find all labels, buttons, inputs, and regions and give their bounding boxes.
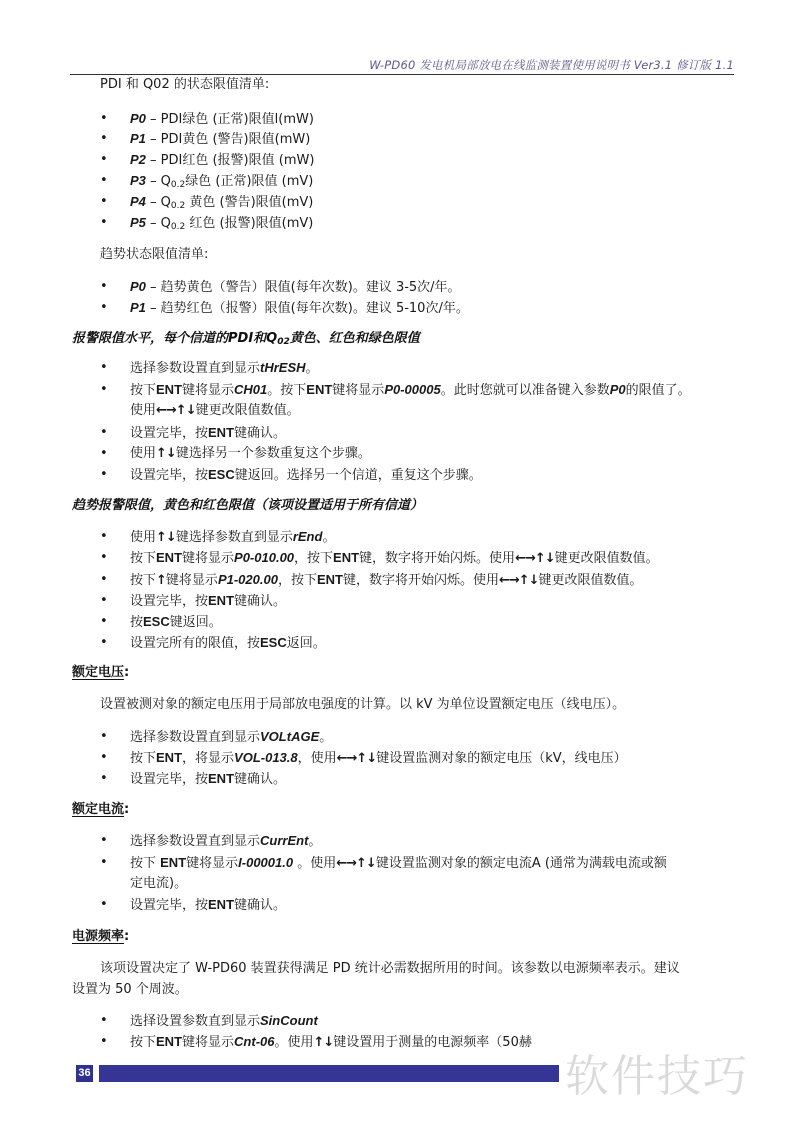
bullet: • <box>100 529 108 545</box>
param-key: P0 <box>130 279 146 294</box>
bullet: • <box>100 279 108 295</box>
display-code: VOL-013.8 <box>234 750 298 765</box>
bullet: • <box>100 382 108 398</box>
item-text: 。 <box>322 530 335 545</box>
bullet: • <box>100 360 108 376</box>
footer-bar <box>99 1065 559 1082</box>
item-text: 绿色 (正常)限值 (mV) <box>185 174 313 189</box>
heading-subscript: 02 <box>277 337 290 347</box>
q-subscript: 0.2 <box>171 180 185 190</box>
item-text: 键确认。 <box>234 594 286 609</box>
display-code: rEnd <box>293 529 323 544</box>
item-text: 使用 <box>130 403 156 418</box>
item-text: 键将显示 <box>332 383 384 398</box>
separator: – <box>146 216 161 231</box>
arrow-keys-icon: ↑↓ <box>156 446 176 461</box>
separator: – <box>146 174 161 189</box>
param-key: P5 <box>130 215 146 230</box>
param-key: P0 <box>130 111 146 126</box>
heading-colon: : <box>124 802 129 818</box>
key-esc: ESC <box>260 635 287 650</box>
item-text: 。按下 <box>267 383 306 398</box>
item-text: 按下 <box>130 383 156 398</box>
item-text: 使用 <box>130 446 156 461</box>
item-text: ，按下 <box>294 551 333 566</box>
item-text: 键将显示 <box>182 383 234 398</box>
key-ent: ENT <box>306 382 332 397</box>
item-text: 键更改限值数值。 <box>555 551 659 566</box>
key-ent: ENT <box>333 550 359 565</box>
item-text: 。使用 <box>293 856 336 871</box>
q-symbol: Q <box>161 174 171 189</box>
display-code: VOLtAGE <box>260 729 319 744</box>
bullet: • <box>100 572 108 588</box>
list-item: P0 – PDI绿色 (正常)限值l(mW) <box>130 111 314 128</box>
bullet: • <box>100 173 108 189</box>
display-code: P0-00005 <box>384 382 440 397</box>
key-ent: ENT <box>208 425 234 440</box>
list-item: 选择参数设置直到显示CurrEnt。 <box>130 833 321 850</box>
display-code: P0-010.00 <box>234 550 294 565</box>
heading-colon: : <box>124 929 129 945</box>
item-text: 按下 <box>130 551 156 566</box>
key-ent: ENT <box>208 593 234 608</box>
item-text: 使用 <box>130 530 156 545</box>
bullet: • <box>100 550 108 566</box>
bullet: • <box>100 614 108 630</box>
bullet: • <box>100 215 108 231</box>
item-text: ，将显示 <box>182 751 234 766</box>
arrow-keys-icon: ←→↑↓ <box>156 403 196 418</box>
pdi-q02-intro: PDI 和 Q02 的状态限值清单: <box>100 77 269 93</box>
bullet: • <box>100 855 108 871</box>
display-code: Cnt-06 <box>234 1034 274 1049</box>
heading-text: 报警限值水平，每个信道的PDI和Q <box>72 331 277 346</box>
list-item: 按下 ENT键将显示I-00001.0 。使用←→↑↓键设置监测对象的额定电流A… <box>130 855 667 872</box>
item-text: 键选择参数直到显示 <box>176 530 293 545</box>
rated-voltage-intro: 设置被测对象的额定电压用于局部放电强度的计算。以 kV 为单位设置额定电压（线电… <box>100 697 625 713</box>
key-ent: ENT <box>156 382 182 397</box>
trend-alarm-heading: 趋势报警限值，黄色和红色限值（该项设置适用于所有信道） <box>72 498 423 514</box>
item-text: 键设置监测对象的额定电压（kV，线电压） <box>376 751 626 766</box>
list-item: 按下ENT键将显示Cnt-06。使用↑↓键设置用于测量的电源频率（50赫 <box>130 1034 565 1051</box>
item-text: 。此时您就可以准备键入参数 <box>441 383 610 398</box>
param-key: P1 <box>130 131 146 146</box>
arrow-keys-icon: ↑↓ <box>314 1035 334 1050</box>
list-item: 选择参数设置直到显示tHrESH。 <box>130 360 319 377</box>
arrow-up-icon: ↑ <box>156 573 166 588</box>
item-text: 趋势红色（报警）限值(每年次数)。建议 5-10次/年。 <box>161 301 469 316</box>
bullet: • <box>100 152 108 168</box>
bullet: • <box>100 194 108 210</box>
key-esc: ESC <box>143 614 170 629</box>
item-text: 键将显示 <box>186 856 238 871</box>
list-item: 按下ENT键将显示CH01。按下ENT键将显示P0-00005。此时您就可以准备… <box>130 382 691 399</box>
item-text: 选择设置参数直到显示 <box>130 1014 260 1029</box>
separator: – <box>146 112 161 127</box>
key-ent: ENT <box>208 771 234 786</box>
heading-text: 电源频率 <box>72 929 124 944</box>
list-item: 选择设置参数直到显示SinCount <box>130 1013 318 1030</box>
item-text: 选择参数设置直到显示 <box>130 361 260 376</box>
item-text: 键确认。 <box>234 426 286 441</box>
list-item: 设置完毕，按ENT键确认。 <box>130 593 286 610</box>
bullet: • <box>100 593 108 609</box>
bullet: • <box>100 467 108 483</box>
param-key: P4 <box>130 194 146 209</box>
bullet: • <box>100 1034 108 1050</box>
item-text: 按下 <box>130 573 156 588</box>
bullet: • <box>100 1013 108 1029</box>
item-text: 键更改限值数值。 <box>196 403 300 418</box>
arrow-keys-icon: ←→↑↓ <box>337 751 377 766</box>
item-text: 键设置用于测量的电源频率（50赫 <box>333 1035 532 1050</box>
item-text: ，使用 <box>298 751 337 766</box>
list-item: 按ESC键返回。 <box>130 614 222 631</box>
param-key: P3 <box>130 173 146 188</box>
item-text: 黄色 (警告)限值(mV) <box>185 195 313 210</box>
item-text: 的限值了。 <box>626 383 691 398</box>
key-esc: ESC <box>208 467 235 482</box>
item-text: 。 <box>306 361 319 376</box>
param-key: P2 <box>130 152 146 167</box>
heading-text: 额定电压 <box>72 665 124 680</box>
bullet: • <box>100 446 108 462</box>
q-symbol: Q <box>161 195 171 210</box>
item-text: 按下 <box>130 751 156 766</box>
item-text: 键将显示 <box>166 573 218 588</box>
header-rule <box>70 74 734 75</box>
page-number: 36 <box>76 1065 93 1082</box>
list-item: 设置完毕，按ENT键确认。 <box>130 897 286 914</box>
param-key: P1 <box>130 300 146 315</box>
separator: – <box>146 280 161 295</box>
display-code: CH01 <box>234 382 267 397</box>
list-item: 设置完毕，按ENT键确认。 <box>130 425 286 442</box>
item-text: 键返回。选择另一个信道，重复这个步骤。 <box>235 468 482 483</box>
q-subscript: 0.2 <box>171 201 185 211</box>
item-text: 键设置监测对象的额定电流A (通常为满载电流或额 <box>376 856 667 871</box>
item-text: 返回。 <box>287 636 326 651</box>
list-item: P3 – Q0.2绿色 (正常)限值 (mV) <box>130 173 313 193</box>
alarm-threshold-heading: 报警限值水平，每个信道的PDI和Q02黄色、红色和绿色限值 <box>72 331 420 350</box>
arrow-keys-icon: ←→↑↓ <box>336 856 376 871</box>
item-text: 红色 (报警)限值(mV) <box>185 216 313 231</box>
heading-text: 额定电流 <box>72 802 124 817</box>
item-text: PDI黄色 (警告)限值(mW) <box>161 132 311 147</box>
key-ent: ENT <box>156 1034 182 1049</box>
display-code: SinCount <box>260 1013 318 1028</box>
key-ent: ENT <box>208 897 234 912</box>
item-text: PDI绿色 (正常)限值l(mW) <box>161 112 314 127</box>
item-text: 键确认。 <box>234 898 286 913</box>
item-text: PDI红色 (报警)限值 (mW) <box>161 153 315 168</box>
item-text: 按 <box>130 615 143 630</box>
item-text: 设置完毕，按 <box>130 594 208 609</box>
rated-voltage-heading: 额定电压: <box>72 665 129 681</box>
list-item: 使用↑↓键选择参数直到显示rEnd。 <box>130 529 335 546</box>
list-item: P1 – 趋势红色（报警）限值(每年次数)。建议 5-10次/年。 <box>130 300 469 317</box>
item-text: 键，数字将开始闪烁。使用 <box>343 573 499 588</box>
bullet: • <box>100 897 108 913</box>
bullet: • <box>100 771 108 787</box>
list-item: P4 – Q0.2 黄色 (警告)限值(mV) <box>130 194 313 214</box>
list-item: P0 – 趋势黄色（警告）限值(每年次数)。建议 3-5次/年。 <box>130 279 461 296</box>
item-text: ，按下 <box>278 573 317 588</box>
power-frequency-intro-line2: 设置为 50 个周波。 <box>72 982 188 998</box>
bullet: • <box>100 635 108 651</box>
list-item: 按下↑键将显示P1-020.00，按下ENT键，数字将开始闪烁。使用←→↑↓键更… <box>130 572 643 589</box>
item-text: 。 <box>319 730 332 745</box>
item-text: 。 <box>308 834 321 849</box>
separator: – <box>146 153 161 168</box>
key-ent: ENT <box>317 572 343 587</box>
power-frequency-intro-line1: 该项设置决定了 W-PD60 装置获得满足 PD 统计必需数据所用的时间。该参数… <box>100 961 680 977</box>
rated-current-heading: 额定电流: <box>72 802 129 818</box>
item-text: 设置完毕，按 <box>130 772 208 787</box>
power-frequency-heading: 电源频率: <box>72 929 129 945</box>
list-item: 设置完毕，按ESC键返回。选择另一个信道，重复这个步骤。 <box>130 467 482 484</box>
item-text: 。使用 <box>274 1035 313 1050</box>
q-subscript: 0.2 <box>171 222 185 232</box>
list-item: 按下ENT键将显示P0-010.00，按下ENT键，数字将开始闪烁。使用←→↑↓… <box>130 550 659 567</box>
list-item: 设置完毕，按ENT键确认。 <box>130 771 286 788</box>
q-symbol: Q <box>161 216 171 231</box>
separator: – <box>146 132 161 147</box>
key-ent: ENT <box>160 855 186 870</box>
list-item: 按下ENT，将显示VOL-013.8，使用←→↑↓键设置监测对象的额定电压（kV… <box>130 750 627 767</box>
item-text: 键更改限值数值。 <box>539 573 643 588</box>
list-item: P5 – Q0.2 红色 (报警)限值(mV) <box>130 215 313 235</box>
item-text: 设置完毕，按 <box>130 468 208 483</box>
item-text: 选择参数设置直到显示 <box>130 730 260 745</box>
item-text: 设置完毕，按 <box>130 426 208 441</box>
heading-text: 黄色、红色和绿色限值 <box>290 331 420 346</box>
item-text: 键将显示 <box>182 1035 234 1050</box>
display-code: CurrEnt <box>260 833 308 848</box>
list-item: P1 – PDI黄色 (警告)限值(mW) <box>130 131 310 148</box>
list-item: P2 – PDI红色 (报警)限值 (mW) <box>130 152 314 169</box>
item-text: 趋势黄色（警告）限值(每年次数)。建议 3-5次/年。 <box>161 280 461 295</box>
item-text: 键，数字将开始闪烁。使用 <box>359 551 515 566</box>
list-item-continuation: 定电流)。 <box>130 876 187 892</box>
item-text: 键确认。 <box>234 772 286 787</box>
item-text: 选择参数设置直到显示 <box>130 834 260 849</box>
item-text: 键将显示 <box>182 551 234 566</box>
display-code: P1-020.00 <box>218 572 278 587</box>
separator: – <box>146 195 161 210</box>
arrow-keys-icon: ↑↓ <box>156 530 176 545</box>
list-item: 设置完所有的限值，按ESC返回。 <box>130 635 326 652</box>
key-ent: ENT <box>156 750 182 765</box>
item-text: 设置完毕，按 <box>130 898 208 913</box>
item-text: 设置完所有的限值，按 <box>130 636 260 651</box>
bullet: • <box>100 425 108 441</box>
item-text: 按下 <box>130 1035 156 1050</box>
bullet: • <box>100 111 108 127</box>
list-item: 选择参数设置直到显示VOLtAGE。 <box>130 729 332 746</box>
list-item-continuation: 使用←→↑↓键更改限值数值。 <box>130 403 300 419</box>
list-item: 使用↑↓键选择另一个参数重复这个步骤。 <box>130 446 371 462</box>
arrow-keys-icon: ←→↑↓ <box>515 551 555 566</box>
item-text: 按下 <box>130 856 160 871</box>
heading-colon: : <box>124 665 129 681</box>
bullet: • <box>100 833 108 849</box>
item-text: 键选择另一个参数重复这个步骤。 <box>176 446 371 461</box>
display-code: I-00001.0 <box>238 855 293 870</box>
bullet: • <box>100 750 108 766</box>
display-code: tHrESH <box>260 360 306 375</box>
item-text: 键返回。 <box>170 615 222 630</box>
bullet: • <box>100 131 108 147</box>
trend-status-intro: 趋势状态限值清单: <box>100 247 208 263</box>
bullet: • <box>100 729 108 745</box>
bullet: • <box>100 300 108 316</box>
arrow-keys-icon: ←→↑↓ <box>499 573 539 588</box>
separator: – <box>146 301 161 316</box>
param-key: P0 <box>610 382 626 397</box>
document-header-title: W-PD60 发电机局部放电在线监测装置使用说明书 Ver3.1 修订版 1.1 <box>369 57 734 73</box>
key-ent: ENT <box>156 550 182 565</box>
watermark: 软件技巧 <box>565 1040 749 1104</box>
